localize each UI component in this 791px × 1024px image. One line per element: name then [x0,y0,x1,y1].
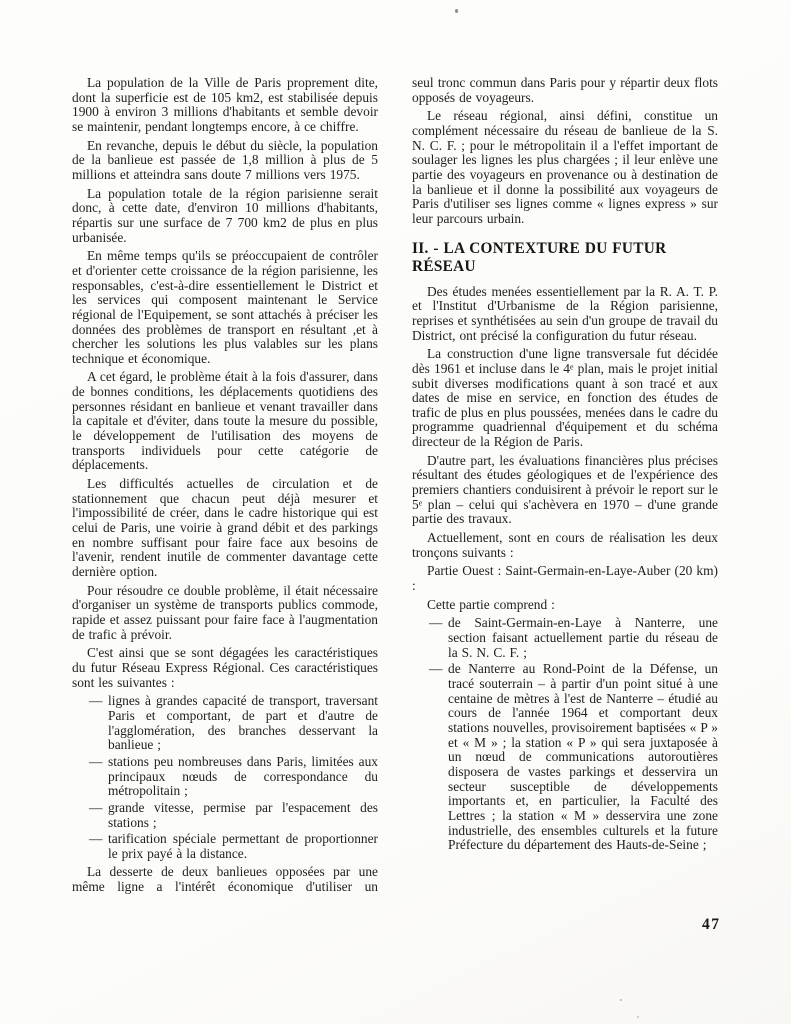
paragraph: Pour résoudre ce double problème, il éta… [72,584,378,643]
paragraph: La population totale de la région parisi… [72,187,378,246]
list-item-text: stations peu nombreuses dans Paris, limi… [108,755,378,799]
paragraph: Partie Ouest : Saint-Germain-en-Laye-Aub… [412,564,718,593]
list-item: — lignes à grandes capacité de transport… [72,694,378,753]
list-item: — grande vitesse, permise par l'espaceme… [72,801,378,830]
list-item-text: tarification spéciale permettant de prop… [108,832,378,861]
dash-bullet: — [89,801,108,830]
paragraph: A cet égard, le problème était à la fois… [72,370,378,473]
dash-bullet: — [89,832,108,861]
list-item: — de Saint-Germain-en-Laye à Nanterre, u… [412,616,718,660]
paragraph: La construction d'une ligne transversale… [412,347,718,450]
section-heading: II. - LA CONTEXTURE DU FUTUR RÉSEAU [412,240,718,276]
paragraph: C'est ainsi que se sont dégagées les car… [72,646,378,690]
section-list: — de Saint-Germain-en-Laye à Nanterre, u… [412,616,718,853]
paragraph: Cette partie comprend : [412,598,718,613]
list-item: — tarification spéciale permettant de pr… [72,832,378,861]
paragraph: seul tronc commun dans Paris pour y répa… [412,76,718,105]
paragraph: Les difficultés actuelles de circulation… [72,477,378,580]
list-item-text: de Saint-Germain-en-Laye à Nanterre, une… [448,616,718,660]
paragraph: En même temps qu'ils se préoccupaient de… [72,249,378,366]
right-column: seul tronc commun dans Paris pour y répa… [412,76,718,895]
dash-bullet: — [429,662,448,853]
document-page: La population de la Ville de Paris propr… [0,0,791,1024]
two-column-layout: La population de la Ville de Paris propr… [0,0,791,895]
paragraph: D'autre part, les évaluations financière… [412,454,718,527]
list-item-text: grande vitesse, permise par l'espacement… [108,801,378,830]
dash-bullet: — [89,755,108,799]
dash-bullet: — [429,616,448,660]
paragraph: Des études menées essentiellement par la… [412,285,718,344]
paragraph: La population de la Ville de Paris propr… [72,76,378,135]
dash-bullet: — [89,694,108,753]
list-item: — stations peu nombreuses dans Paris, li… [72,755,378,799]
list-item-text: lignes à grandes capacité de transport, … [108,694,378,753]
list-item-text: de Nanterre au Rond-Point de la Défense,… [448,662,718,853]
left-column: La population de la Ville de Paris propr… [72,76,378,895]
scan-speck [455,9,458,13]
page-number: 47 [702,916,721,934]
scan-speck [637,1016,639,1018]
scan-speck [620,999,622,1001]
paragraph: La desserte de deux banlieues opposées p… [72,865,378,894]
feature-list: — lignes à grandes capacité de transport… [72,694,378,861]
paragraph: Actuellement, sont en cours de réalisati… [412,531,718,560]
list-item: — de Nanterre au Rond-Point de la Défens… [412,662,718,853]
paragraph: Le réseau régional, ainsi défini, consti… [412,109,718,226]
paragraph: En revanche, depuis le début du siècle, … [72,139,378,183]
